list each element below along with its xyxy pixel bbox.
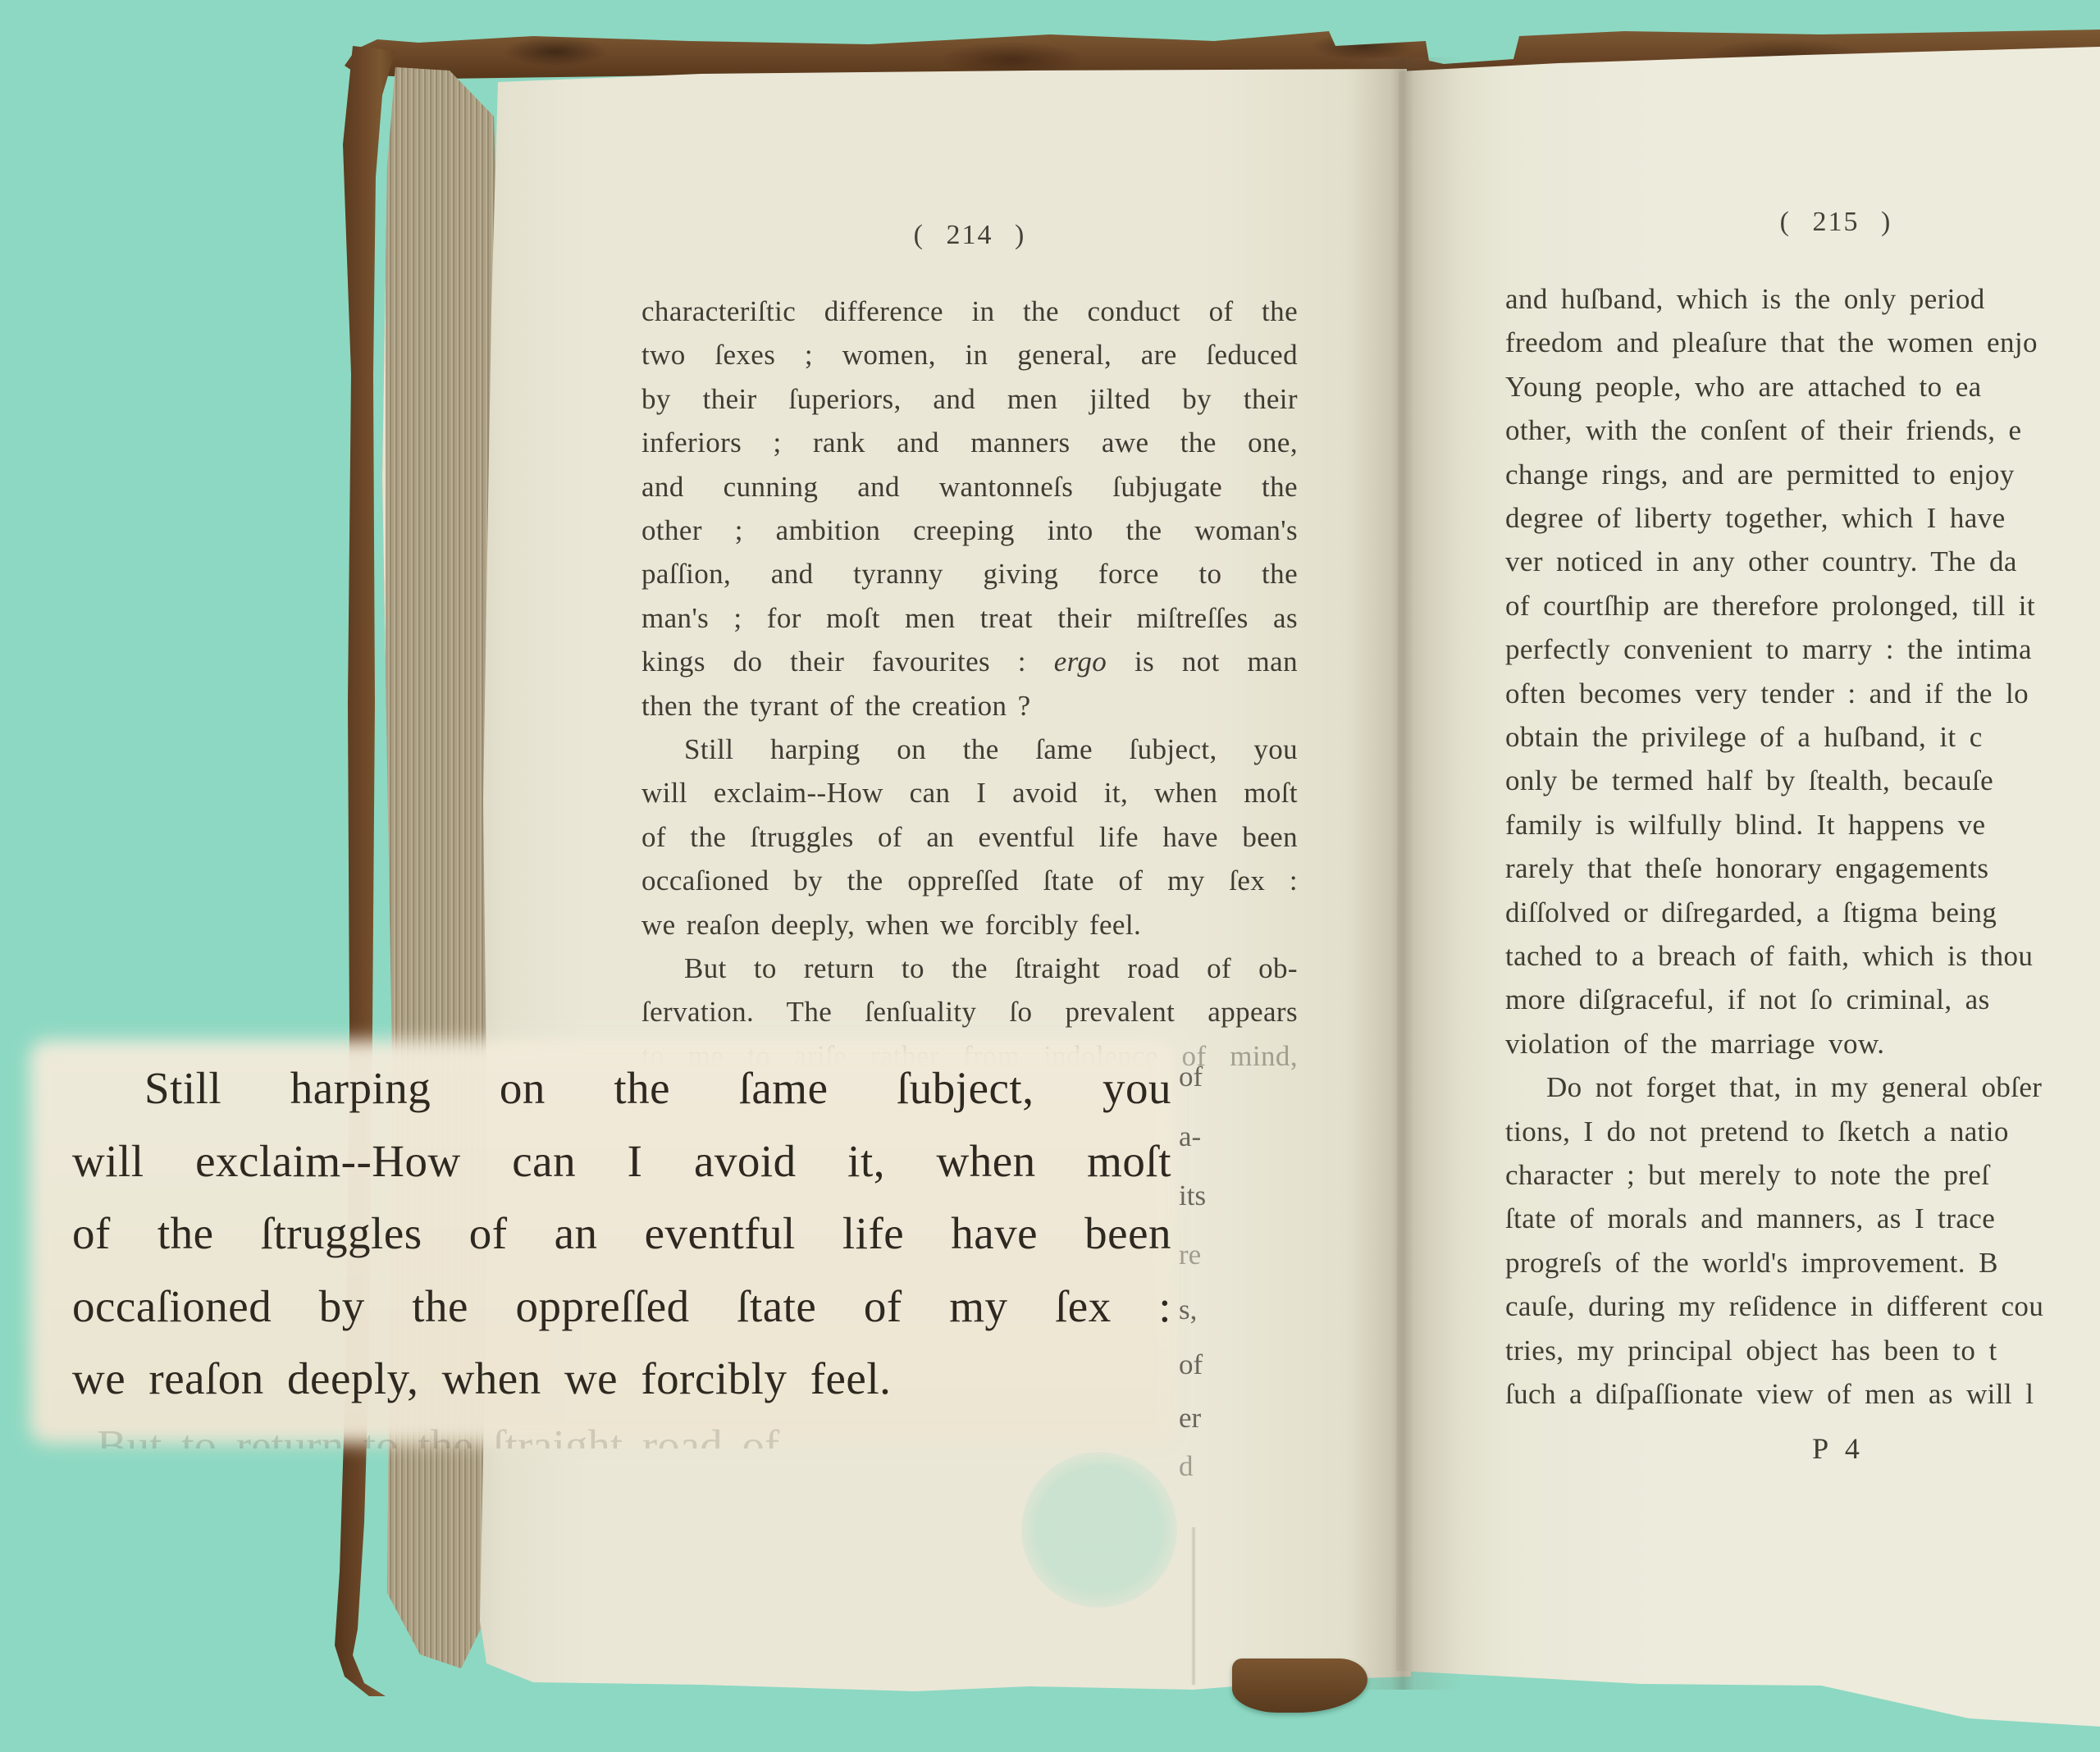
magnified-excerpt: But to return to the ſtraight road of St… (72, 1040, 1171, 1449)
text-line: by their ſuperiors, and men jilted by th… (641, 377, 1298, 422)
text-line: kings do their favourites : ergo is not … (641, 640, 1298, 684)
text-line: of courtſhip are therefore prolonged, ti… (1505, 584, 2100, 628)
library-stamp-circle (1021, 1452, 1177, 1608)
text-line: only be termed half by ſtealth, becauſe (1505, 759, 2100, 803)
text-line: two ſexes ; women, in general, are ſeduc… (641, 333, 1298, 377)
text-line: freedom and pleaſure that the women enjo (1505, 321, 2100, 365)
left-page-number: ( 214 ) (641, 220, 1298, 251)
text-line: and cunning and wantonneſs ſubjugate the (641, 465, 1298, 509)
text-line: other ; ambition creeping into the woman… (641, 509, 1298, 553)
text-line: characteriſtic difference in the conduct… (641, 290, 1298, 334)
text-line: obtain the privilege of a huſband, it c (1505, 715, 2100, 760)
text-line: paſſion, and tyranny giving force to the (641, 552, 1298, 596)
text-fragment: re (1179, 1239, 1201, 1271)
text-line: change rings, and are permitted to enjoy (1505, 453, 2100, 497)
text-line: we reaſon deeply, when we forcibly feel. (641, 903, 1298, 947)
text-line: occaſioned by the oppreſſed ſtate of my … (641, 859, 1298, 903)
text-fragment: d (1179, 1450, 1194, 1483)
text-line: more diſgraceful, if not ſo criminal, as (1505, 978, 2100, 1022)
text-line: ſuch a diſpaſſionate view of men as will… (1505, 1372, 2100, 1417)
text-line: other, with the conſent of their friends… (1505, 408, 2100, 453)
text-line: tries, my principal object has been to t (1505, 1329, 2100, 1373)
text-line: But to return to the ſtraight road of ob… (684, 947, 1298, 991)
text-line: occaſioned by the oppreſſed ſtate of my … (72, 1271, 1171, 1345)
text-line: of the ſtruggles of an eventful life hav… (641, 815, 1298, 860)
text-line: perfectly convenient to marry : the inti… (1505, 627, 2100, 672)
text-line: cauſe, during my reſidence in different … (1505, 1284, 2100, 1329)
text-line: of the ſtruggles of an eventful life hav… (72, 1198, 1171, 1272)
text-fragment: of (1179, 1348, 1203, 1381)
text-line: then the tyrant of the creation ? (641, 684, 1298, 728)
text-line: diſſolved or diſregarded, a ſtigma being (1505, 891, 2100, 935)
text-line: family is wilfully blind. It happens ve (1505, 803, 2100, 847)
text-line: we reaſon deeply, when we forcibly feel. (72, 1344, 1171, 1417)
text-line: Young people, who are attached to ea (1505, 365, 2100, 409)
text-line: Still harping on the ſame ſubject, you (684, 728, 1298, 772)
right-page-number: ( 215 ) (1505, 207, 2100, 238)
text-fragment: s, (1179, 1293, 1197, 1326)
text-line: Still harping on the ſame ſubject, you (144, 1053, 1171, 1127)
text-line: rarely that theſe honorary engagements (1505, 846, 2100, 891)
text-line: will exclaim--How can I avoid it, when m… (641, 771, 1298, 815)
text-line: man's ; for moſt men treat their miſtreſ… (641, 596, 1298, 641)
text-line: character ; but merely to note the preſ (1505, 1153, 2100, 1198)
book-photo-scene: { "scene": { "background_color": "#8dd8c… (0, 0, 2100, 1752)
text-fragment: er (1179, 1402, 1201, 1435)
signature-mark: P 4 (1505, 1431, 2100, 1466)
text-fragment: its (1179, 1179, 1206, 1212)
book-gutter-fold (1345, 57, 1460, 1690)
text-line: tached to a breach of faith, which is th… (1505, 934, 2100, 979)
text-line: inferiors ; rank and manners awe the one… (641, 421, 1298, 465)
text-line: ver noticed in any other country. The da (1505, 540, 2100, 584)
text-line: Do not forget that, in my general obſer (1546, 1065, 2100, 1110)
text-line: ſervation. The ſenſuality ſo prevalent a… (641, 990, 1298, 1034)
text-fragment: of (1179, 1061, 1203, 1093)
text-line: tions, I do not pretend to ſketch a nati… (1505, 1110, 2100, 1154)
page-crease (1191, 1527, 1196, 1685)
text-line: and huſband, which is the only period (1505, 277, 2100, 322)
text-line: degree of liberty together, which I have (1505, 496, 2100, 541)
text-fragment: a- (1179, 1120, 1201, 1153)
text-line: violation of the marriage vow. (1505, 1022, 2100, 1066)
text-line: will exclaim--How can I avoid it, when m… (72, 1126, 1171, 1200)
text-line: often becomes very tender : and if the l… (1505, 672, 2100, 716)
text-line: progreſs of the world's improvement. B (1505, 1241, 2100, 1285)
text-line: ſtate of morals and manners, as I trace (1505, 1197, 2100, 1241)
